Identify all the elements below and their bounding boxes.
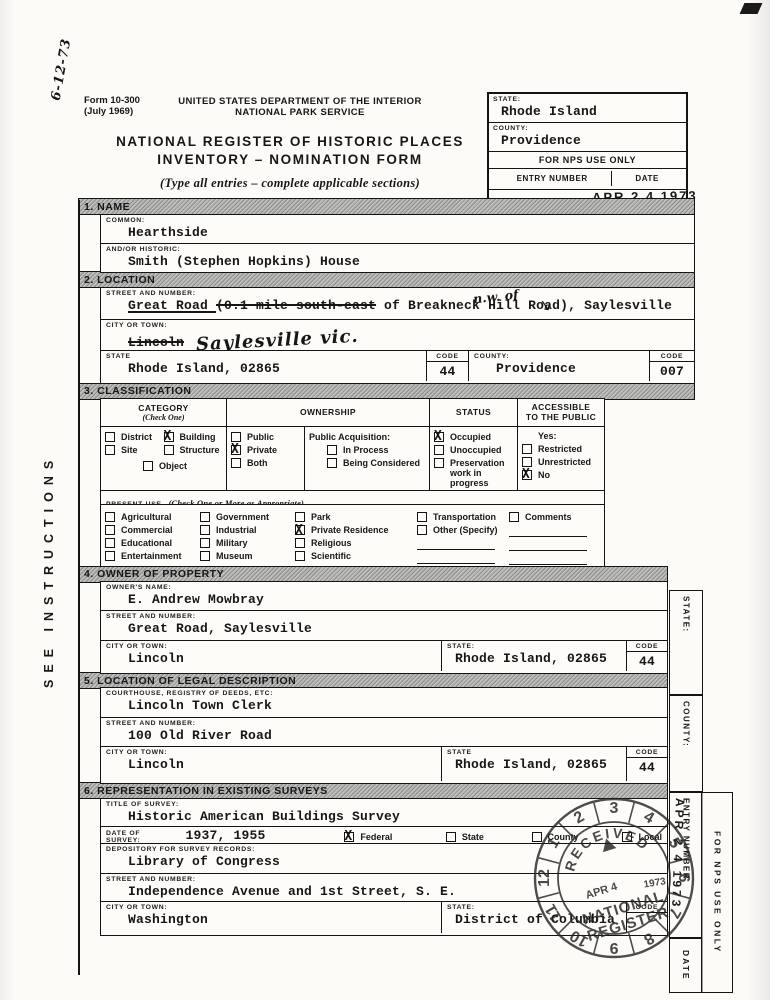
present-use-col4: Transportation Other (Specify): [417, 509, 509, 565]
see-instructions-sidenote: SEE INSTRUCTIONS: [42, 388, 56, 688]
common-name-field: COMMON: Hearthside: [100, 214, 695, 245]
code-value: 44: [427, 363, 468, 379]
state-cell: STATE: Rhode Island, 02865: [441, 641, 626, 671]
checkbox-occupied: Occupied: [434, 432, 513, 442]
street-rest: of Breakneck Hill Road), Saylesville: [376, 298, 672, 313]
unrestricted-checkbox: [522, 457, 532, 467]
margin-county-label: COUNTY:: [682, 696, 691, 791]
county-label: COUNTY:: [474, 353, 644, 360]
dial-9: 9: [609, 939, 618, 956]
owner-city-row: CITY OR TOWN: Lincoln STATE: Rhode Islan…: [100, 640, 668, 674]
checkbox-building: Building: [164, 432, 223, 442]
blank-line: [509, 525, 587, 537]
street-field: STREET AND NUMBER: Great Road (0.1 mile …: [100, 287, 695, 321]
status-cell: Occupied Unoccupied Preservation work in…: [429, 427, 517, 491]
state-value: Rhode Island, 02865: [106, 361, 421, 376]
blank-line: [417, 552, 495, 564]
city-struck-text: Lincoln: [128, 335, 184, 350]
state-county-row: STATE Rhode Island, 02865 CODE 44 COUNTY…: [100, 350, 695, 384]
stamp-year: 1973: [643, 876, 667, 890]
form-number-line1: Form 10-300: [84, 95, 140, 106]
checkbox-comments: Comments: [509, 512, 600, 522]
blank-line: [509, 553, 587, 565]
nps-county-row: COUNTY: Providence: [489, 123, 686, 152]
transportation-checkbox: [417, 512, 427, 522]
access-cell: Yes: Restricted Unrestricted No: [517, 427, 604, 491]
legal-city-row: CITY OR TOWN: Lincoln STATE Rhode Island…: [100, 746, 668, 784]
acquisition-label: Public Acquisition:: [309, 432, 425, 442]
common-label: COMMON:: [106, 217, 689, 224]
city-label: CITY OR TOWN:: [106, 749, 436, 756]
city-field: CITY OR TOWN: LincolnSaylesville vic.: [100, 319, 695, 352]
checkbox-park: Park: [295, 512, 417, 522]
street-label: STREET AND NUMBER:: [106, 720, 662, 727]
street-value: Great Road (0.1 mile south-east of Break…: [106, 298, 689, 313]
margin-state-box: STATE:: [669, 590, 703, 695]
state-cell: STATE Rhode Island, 02865: [101, 351, 426, 381]
historic-name-field: AND/OR HISTORIC: Smith (Stephen Hopkins)…: [100, 243, 695, 273]
courthouse-label: COURTHOUSE, REGISTRY OF DEEDS, ETC:: [106, 690, 662, 697]
ownership-header: OWNERSHIP: [226, 399, 429, 426]
courthouse-field: COURTHOUSE, REGISTRY OF DEEDS, ETC: Linc…: [100, 687, 668, 718]
dial-8: 8: [641, 929, 657, 948]
access-yes-label: Yes:: [538, 431, 600, 441]
code-value: 44: [627, 653, 667, 669]
building-checkbox: [164, 432, 174, 442]
checkbox-object: Object: [143, 461, 222, 471]
religious-checkbox: [295, 538, 305, 548]
checkbox-military: Military: [200, 538, 295, 548]
city-value: Lincoln: [106, 651, 436, 666]
city-value: Lincoln: [106, 757, 436, 772]
form-number: Form 10-300 (July 1969): [84, 95, 140, 117]
city-cell: CITY OR TOWN: Lincoln: [101, 747, 441, 781]
private-residence-checkbox: [295, 525, 305, 535]
street-value: Great Road, Saylesville: [106, 621, 662, 636]
checkbox-no: No: [522, 470, 600, 480]
ownership-cell: Public Private Both: [226, 427, 304, 491]
street-value: 100 Old River Road: [106, 728, 662, 743]
city-cell: CITY OR TOWN: Washington: [101, 902, 441, 933]
code-value: 007: [650, 363, 694, 379]
county-value: Providence: [474, 361, 644, 376]
military-checkbox: [200, 538, 210, 548]
code-cell: CODE 44: [626, 641, 667, 671]
state-cell: STATE Rhode Island, 02865: [441, 747, 626, 781]
margin-nps-label: FOR NPS USE ONLY: [712, 831, 722, 954]
comments-checkbox: [509, 512, 519, 522]
checkbox-site: Site: [105, 445, 164, 455]
county-label: COUNTY:: [493, 125, 682, 132]
checkbox-federal: Federal: [344, 832, 392, 842]
dial-2: 2: [571, 808, 587, 827]
private-checkbox: [231, 445, 241, 455]
code-value: 44: [627, 759, 667, 775]
survey-date-value: 1937, 1955: [177, 828, 265, 843]
department-line1: UNITED STATES DEPARTMENT OF THE INTERIOR: [150, 96, 450, 107]
code-label: CODE: [650, 351, 694, 362]
county-cell: COUNTY: Providence: [468, 351, 649, 381]
stamp-date: APR 4: [584, 880, 619, 901]
museum-checkbox: [200, 551, 210, 561]
dial-4: 4: [641, 808, 657, 827]
state-value: Rhode Island, 02865: [447, 757, 621, 772]
scientific-checkbox: [295, 551, 305, 561]
acquisition-cell: Public Acquisition: In Process Being Con…: [304, 427, 429, 491]
dial-3: 3: [610, 800, 619, 817]
dial-5: 5: [665, 835, 684, 851]
state-value: Rhode Island: [493, 104, 682, 119]
code-label: CODE: [627, 747, 667, 758]
checkbox-agricultural: Agricultural: [105, 512, 200, 522]
other-checkbox: [417, 525, 427, 535]
scan-artifact-mark: [740, 3, 763, 14]
code-label: CODE: [427, 351, 468, 362]
occupied-checkbox: [434, 432, 444, 442]
entry-number-label: ENTRY NUMBER: [493, 171, 611, 186]
department-heading: UNITED STATES DEPARTMENT OF THE INTERIOR…: [150, 96, 450, 118]
department-line2: NATIONAL PARK SERVICE: [150, 107, 450, 118]
state-label: STATE: [447, 749, 621, 756]
commercial-checkbox: [105, 525, 115, 535]
form-left-border: [78, 200, 80, 975]
form-number-line2: (July 1969): [84, 106, 140, 117]
checkbox-public: Public: [231, 432, 300, 442]
courthouse-value: Lincoln Town Clerk: [106, 698, 662, 713]
form-title: NATIONAL REGISTER OF HISTORIC PLACES INV…: [110, 133, 470, 169]
public-checkbox: [231, 432, 241, 442]
checkbox-transportation: Transportation: [417, 512, 509, 522]
park-checkbox: [295, 512, 305, 522]
present-use-col5: Comments: [509, 509, 600, 565]
present-use-col2: Government Industrial Military Museum: [200, 509, 295, 565]
checkbox-private: Private: [231, 445, 300, 455]
blank-line: [417, 538, 495, 550]
owner-label: OWNER'S NAME:: [106, 584, 662, 591]
federal-checkbox: [344, 832, 354, 842]
checkbox-entertainment: Entertainment: [105, 551, 200, 561]
state-value: Rhode Island, 02865: [447, 651, 621, 666]
both-checkbox: [231, 458, 241, 468]
checkbox-in-process: In Process: [327, 445, 425, 455]
owner-street-field: STREET AND NUMBER: Great Road, Saylesvil…: [100, 610, 668, 641]
state-label: STATE: [106, 353, 421, 360]
street-label: STREET AND NUMBER:: [106, 613, 662, 620]
margin-county-box: COUNTY:: [669, 695, 703, 792]
city-label: CITY OR TOWN:: [106, 643, 436, 650]
educational-checkbox: [105, 538, 115, 548]
street-label: STREET AND NUMBER:: [106, 290, 689, 297]
dial-11: 11: [542, 901, 565, 924]
blank-line: [509, 539, 587, 551]
street-underlined: Great Road: [128, 298, 216, 313]
agricultural-checkbox: [105, 512, 115, 522]
code-label: CODE: [627, 641, 667, 652]
checkbox-other: Other (Specify): [417, 525, 509, 535]
category-cell: District Site Building Structure Object: [101, 427, 226, 491]
checkbox-unoccupied: Unoccupied: [434, 445, 513, 455]
structure-checkbox: [164, 445, 174, 455]
city-value: Washington: [106, 912, 436, 927]
category-header: CATEGORY(Check One): [101, 399, 226, 426]
owner-value: E. Andrew Mowbray: [106, 592, 662, 607]
national-register-received-stamp: 1 2 3 4 5 6 7 8 9 10 11 12: [528, 792, 700, 964]
site-checkbox: [105, 445, 115, 455]
nps-use-only-label: FOR NPS USE ONLY: [489, 152, 686, 169]
form-title-line2: INVENTORY – NOMINATION FORM: [110, 151, 470, 169]
margin-state-label: STATE:: [682, 591, 691, 694]
state-code-cell: CODE 44: [426, 351, 468, 381]
city-label: CITY OR TOWN:: [106, 322, 689, 329]
state-label: STATE:: [447, 643, 621, 650]
government-checkbox: [200, 512, 210, 522]
district-checkbox: [105, 432, 115, 442]
entry-date-header: ENTRY NUMBER DATE: [489, 169, 686, 190]
owner-name-field: OWNER'S NAME: E. Andrew Mowbray: [100, 581, 668, 612]
checkbox-district: District: [105, 432, 164, 442]
dial-1: 1: [544, 835, 563, 851]
historic-value: Smith (Stephen Hopkins) House: [106, 254, 689, 269]
city-cell: CITY OR TOWN: Lincoln: [101, 641, 441, 671]
type-instructions: (Type all entries – complete applicable …: [110, 176, 470, 191]
checkbox-state: State: [446, 832, 484, 842]
common-value: Hearthside: [106, 225, 689, 240]
no-checkbox: [522, 470, 532, 480]
status-header: STATUS: [429, 399, 517, 426]
city-label: CITY OR TOWN:: [106, 904, 436, 911]
county-code-cell: CODE 007: [649, 351, 694, 381]
checkbox-being-considered: Being Considered: [327, 458, 425, 468]
being-considered-checkbox: [327, 458, 337, 468]
checkbox-private-residence: Private Residence: [295, 525, 417, 535]
restricted-checkbox: [522, 444, 532, 454]
unoccupied-checkbox: [434, 445, 444, 455]
entertainment-checkbox: [105, 551, 115, 561]
checkbox-restricted: Restricted: [522, 444, 600, 454]
scanned-form-page: 6-12-73 SEE INSTRUCTIONS Form 10-300 (Ju…: [0, 0, 770, 1000]
preservation-checkbox: [434, 458, 444, 468]
checkbox-unrestricted: Unrestricted: [522, 457, 600, 467]
dial-6: 6: [675, 874, 692, 883]
checkbox-both: Both: [231, 458, 300, 468]
checkbox-structure: Structure: [164, 445, 223, 455]
historic-label: AND/OR HISTORIC:: [106, 246, 689, 253]
street-struck-text: (0.1 mile south-east: [216, 298, 376, 313]
checkbox-scientific: Scientific: [295, 551, 417, 561]
nps-state-row: STATE: Rhode Island: [489, 94, 686, 123]
code-cell: CODE 44: [626, 747, 667, 781]
survey-date-label: DATE OF SURVEY:: [106, 830, 173, 844]
present-use-col3: Park Private Residence Religious Scienti…: [295, 509, 417, 565]
state-checkbox: [446, 832, 456, 842]
checkbox-industrial: Industrial: [200, 525, 295, 535]
city-value: LincolnSaylesville vic.: [106, 330, 689, 351]
form-title-line1: NATIONAL REGISTER OF HISTORIC PLACES: [110, 133, 470, 151]
object-checkbox: [143, 461, 153, 471]
checkbox-religious: Religious: [295, 538, 417, 548]
checkbox-government: Government: [200, 512, 295, 522]
present-use-col1: Agricultural Commercial Educational Ente…: [105, 509, 200, 565]
industrial-checkbox: [200, 525, 210, 535]
legal-street-field: STREET AND NUMBER: 100 Old River Road: [100, 717, 668, 748]
present-use-grid: Agricultural Commercial Educational Ente…: [100, 504, 605, 567]
checkbox-commercial: Commercial: [105, 525, 200, 535]
margin-nps-box: FOR NPS USE ONLY: [701, 792, 733, 993]
checkbox-educational: Educational: [105, 538, 200, 548]
handwritten-date: 6-12-73: [49, 37, 75, 102]
checkbox-museum: Museum: [200, 551, 295, 561]
dial-12: 12: [536, 869, 553, 887]
access-header: ACCESSIBLETO THE PUBLIC: [517, 399, 604, 426]
state-label: STATE:: [493, 96, 682, 103]
date-label: DATE: [611, 171, 682, 186]
county-value: Providence: [493, 133, 682, 148]
in-process-checkbox: [327, 445, 337, 455]
classification-table: CATEGORY(Check One) OWNERSHIP STATUS ACC…: [100, 398, 605, 492]
checkbox-preservation: Preservation work in progress: [434, 458, 513, 488]
